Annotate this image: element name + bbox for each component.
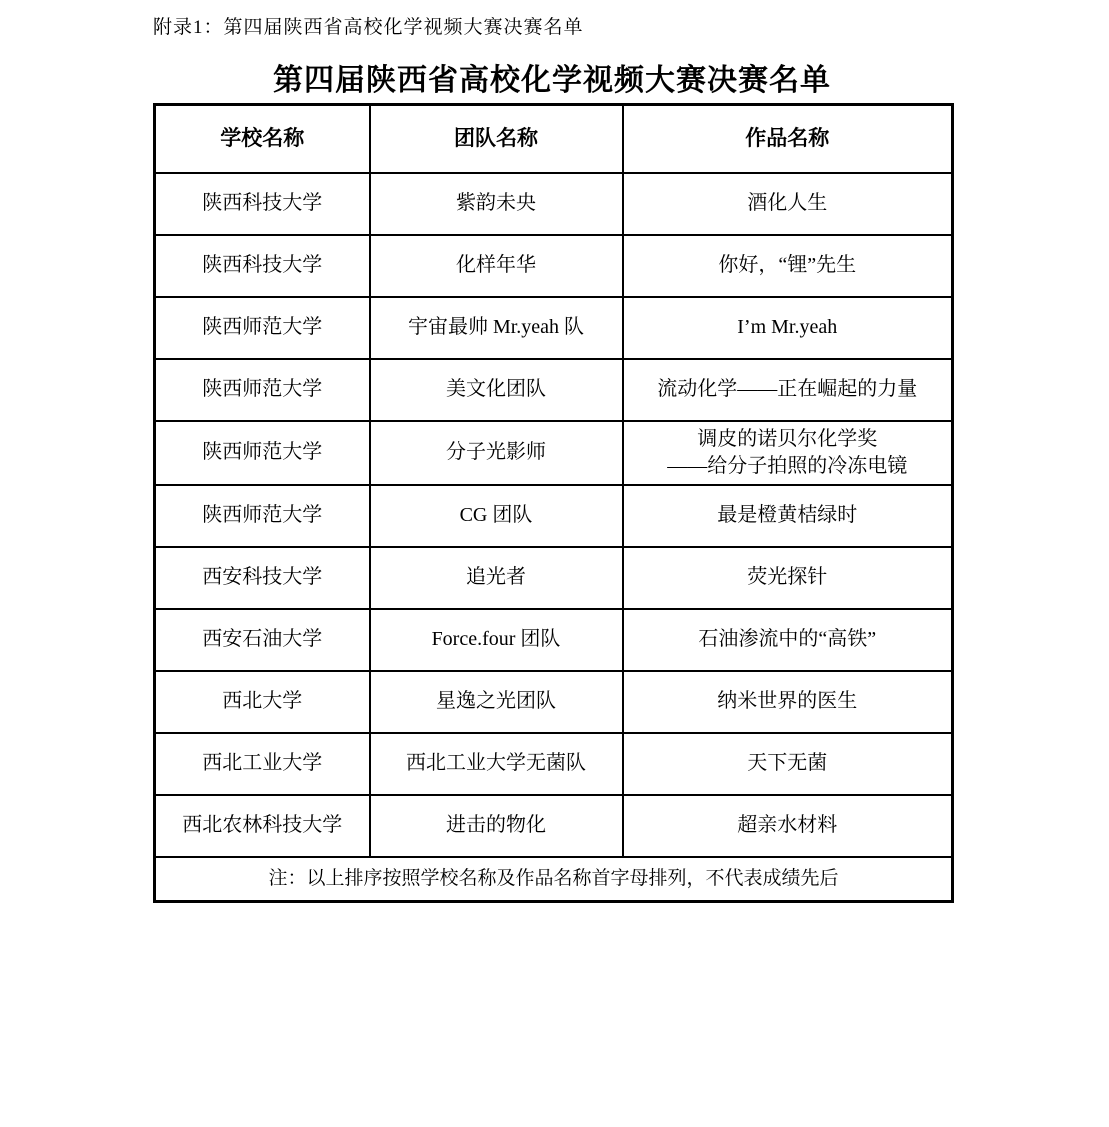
cell-team: 宇宙最帅 Mr.yeah 队 (370, 297, 623, 359)
cell-team: 西北工业大学无菌队 (370, 733, 623, 795)
cell-team: 紫韵未央 (370, 173, 623, 235)
table-row: 西安石油大学 Force.four 团队 石油渗流中的“高铁” (155, 609, 953, 671)
cell-work: 纳米世界的医生 (623, 671, 953, 733)
cell-school: 陕西师范大学 (155, 297, 370, 359)
cell-school: 西北大学 (155, 671, 370, 733)
cell-team: 美文化团队 (370, 359, 623, 421)
header-team: 团队名称 (370, 105, 623, 173)
table-row: 陕西师范大学 宇宙最帅 Mr.yeah 队 I’m Mr.yeah (155, 297, 953, 359)
table-row: 西北农林科技大学 进击的物化 超亲水材料 (155, 795, 953, 857)
cell-team: 化样年华 (370, 235, 623, 297)
cell-team: 分子光影师 (370, 421, 623, 485)
cell-team: Force.four 团队 (370, 609, 623, 671)
cell-school: 西安石油大学 (155, 609, 370, 671)
cell-school: 西北农林科技大学 (155, 795, 370, 857)
cell-team: 星逸之光团队 (370, 671, 623, 733)
appendix-label: 附录1：第四届陕西省高校化学视频大赛决赛名单 (153, 12, 584, 39)
cell-work: 最是橙黄桔绿时 (623, 485, 953, 547)
cell-school: 陕西师范大学 (155, 485, 370, 547)
table-row: 陕西师范大学 CG 团队 最是橙黄桔绿时 (155, 485, 953, 547)
cell-school: 陕西师范大学 (155, 359, 370, 421)
cell-work: 流动化学——正在崛起的力量 (623, 359, 953, 421)
table-row: 西北大学 星逸之光团队 纳米世界的医生 (155, 671, 953, 733)
cell-school: 陕西科技大学 (155, 235, 370, 297)
table-row: 陕西师范大学 分子光影师 调皮的诺贝尔化学奖 ——给分子拍照的冷冻电镜 (155, 421, 953, 485)
document-page: 附录1：第四届陕西省高校化学视频大赛决赛名单 第四届陕西省高校化学视频大赛决赛名… (0, 0, 1109, 1127)
cell-team: 追光者 (370, 547, 623, 609)
cell-school: 陕西师范大学 (155, 421, 370, 485)
table-row: 陕西科技大学 化样年华 你好，“锂”先生 (155, 235, 953, 297)
cell-school: 西北工业大学 (155, 733, 370, 795)
table-header-row: 学校名称 团队名称 作品名称 (155, 105, 953, 173)
table-row: 西安科技大学 追光者 荧光探针 (155, 547, 953, 609)
cell-work: 荧光探针 (623, 547, 953, 609)
cell-school: 西安科技大学 (155, 547, 370, 609)
header-work: 作品名称 (623, 105, 953, 173)
cell-school: 陕西科技大学 (155, 173, 370, 235)
cell-work: 超亲水材料 (623, 795, 953, 857)
table-row: 陕西科技大学 紫韵未央 酒化人生 (155, 173, 953, 235)
page-title: 第四届陕西省高校化学视频大赛决赛名单 (153, 55, 951, 99)
cell-work: I’m Mr.yeah (623, 297, 953, 359)
table-note-row: 注：以上排序按照学校名称及作品名称首字母排列，不代表成绩先后 (155, 857, 953, 902)
table-row: 西北工业大学 西北工业大学无菌队 天下无菌 (155, 733, 953, 795)
cell-work: 石油渗流中的“高铁” (623, 609, 953, 671)
cell-team: 进击的物化 (370, 795, 623, 857)
finalists-table: 学校名称 团队名称 作品名称 陕西科技大学 紫韵未央 酒化人生 陕西科技大学 化… (153, 103, 954, 903)
table-row: 陕西师范大学 美文化团队 流动化学——正在崛起的力量 (155, 359, 953, 421)
cell-work: 酒化人生 (623, 173, 953, 235)
header-school: 学校名称 (155, 105, 370, 173)
table-note: 注：以上排序按照学校名称及作品名称首字母排列，不代表成绩先后 (155, 857, 953, 902)
cell-work: 天下无菌 (623, 733, 953, 795)
cell-team: CG 团队 (370, 485, 623, 547)
cell-work: 调皮的诺贝尔化学奖 ——给分子拍照的冷冻电镜 (623, 421, 953, 485)
cell-work: 你好，“锂”先生 (623, 235, 953, 297)
